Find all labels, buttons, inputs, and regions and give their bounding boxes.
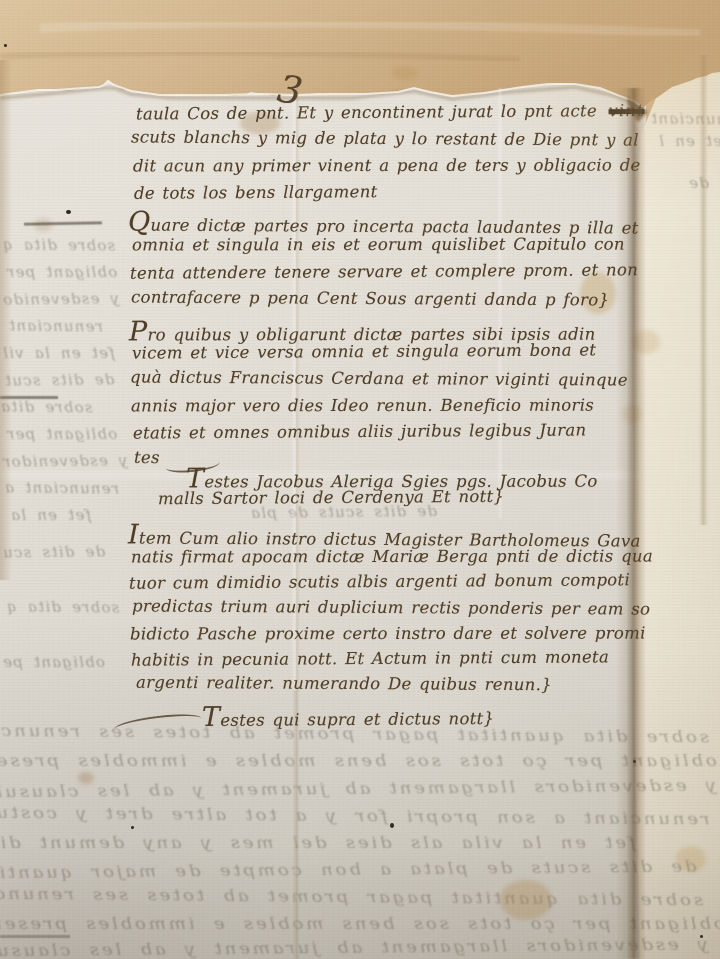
manuscript-line: habitis in pecunia nott. Et Actum in pnt…: [131, 648, 609, 669]
manuscript-line: natis firmat apocam dictæ Mariæ Berga pn…: [131, 548, 653, 567]
manuscript-line: tuor cum dimidio scutis albis argenti ad…: [129, 571, 630, 593]
ink-showthrough: de dits scut: [4, 372, 114, 388]
manuscript-line: Testes qui supra et dictus nott}: [202, 701, 495, 733]
manuscript-line: etatis et omnes omnibus aliis juribus le…: [133, 421, 587, 442]
manuscript-line: annis major vero dies Ideo renun. Benefi…: [131, 397, 594, 416]
manuscript-line: scuts blanchs y mig de plata y lo restan…: [131, 128, 639, 149]
ink-showthrough: sobre dita: [0, 400, 93, 416]
ink-showthrough: sobre dita q: [2, 237, 115, 253]
ink-showthrough: obligant per: [6, 265, 117, 280]
ink-speck: [131, 826, 134, 829]
manuscript-line: dit acun any primer vinent a pena de ter…: [133, 157, 641, 176]
ink-showthrough: de dits scu: [2, 544, 105, 560]
ink-showthrough: sobre dita q: [6, 599, 119, 615]
fox-stain: [392, 66, 418, 80]
ink-speck: [66, 210, 71, 214]
manuscript-line: contrafacere p pena Cent Sous argenti da…: [131, 289, 609, 310]
ink-showthrough: obligant per ço tots sos bens mobles e i…: [0, 753, 717, 769]
manuscript-line: bidicto Pasche proxime certo instro dare…: [130, 625, 646, 644]
manuscript-line: malls Sartor loci de Cerdenya Et nott}: [158, 488, 504, 509]
manuscript-line: omnia et singula in eis et eorum quislib…: [132, 236, 625, 255]
left-page-edge-shadow: [0, 60, 12, 580]
ink-speck: [390, 823, 394, 828]
page-gutter-shadow: [616, 88, 646, 959]
ink-showthrough: renunciant a: [4, 480, 119, 496]
ink-showthrough: fet en la vil: [2, 346, 115, 361]
fox-stain: [676, 846, 706, 872]
manuscript-line: argenti realiter. numerando De quibus re…: [136, 674, 552, 695]
showthrough-dash: [0, 935, 70, 938]
ink-speck: [700, 935, 703, 938]
ink-showthrough: renunciant: [8, 319, 103, 335]
ink-speck: [4, 44, 7, 47]
manuscript-photo: sobre dita qobligant per y esdevenidoren…: [0, 0, 720, 959]
ink-showthrough: fet en la vila als dies del mes y any de…: [0, 835, 636, 851]
ink-showthrough: y esdevenido: [2, 291, 119, 307]
ink-showthrough: obligant per ço tots sos bens mobles e i…: [0, 916, 720, 932]
manuscript-line: tenta attendere tenere servare et comple…: [130, 261, 638, 283]
line-text: taula Cos de pnt. Et y encontinent jurat…: [136, 101, 597, 123]
manuscript-line: predictas trium auri duplicium rectis po…: [132, 597, 650, 618]
manuscript-line: quà dictus Franciscus Cerdana et minor v…: [130, 368, 628, 389]
fox-stain: [78, 772, 94, 784]
ink-showthrough: fet en la: [10, 508, 91, 523]
manuscript-line: de tots los bens llargament: [134, 183, 378, 203]
fox-stain: [500, 880, 552, 920]
ink-showthrough: obligant per: [6, 427, 117, 442]
manuscript-line: tes: [134, 449, 160, 467]
manuscript-line: vicem et vice versa omnia et singula eor…: [132, 341, 596, 362]
underlying-page-edge: [699, 55, 708, 525]
ink-showthrough: obligant pe: [2, 655, 105, 670]
